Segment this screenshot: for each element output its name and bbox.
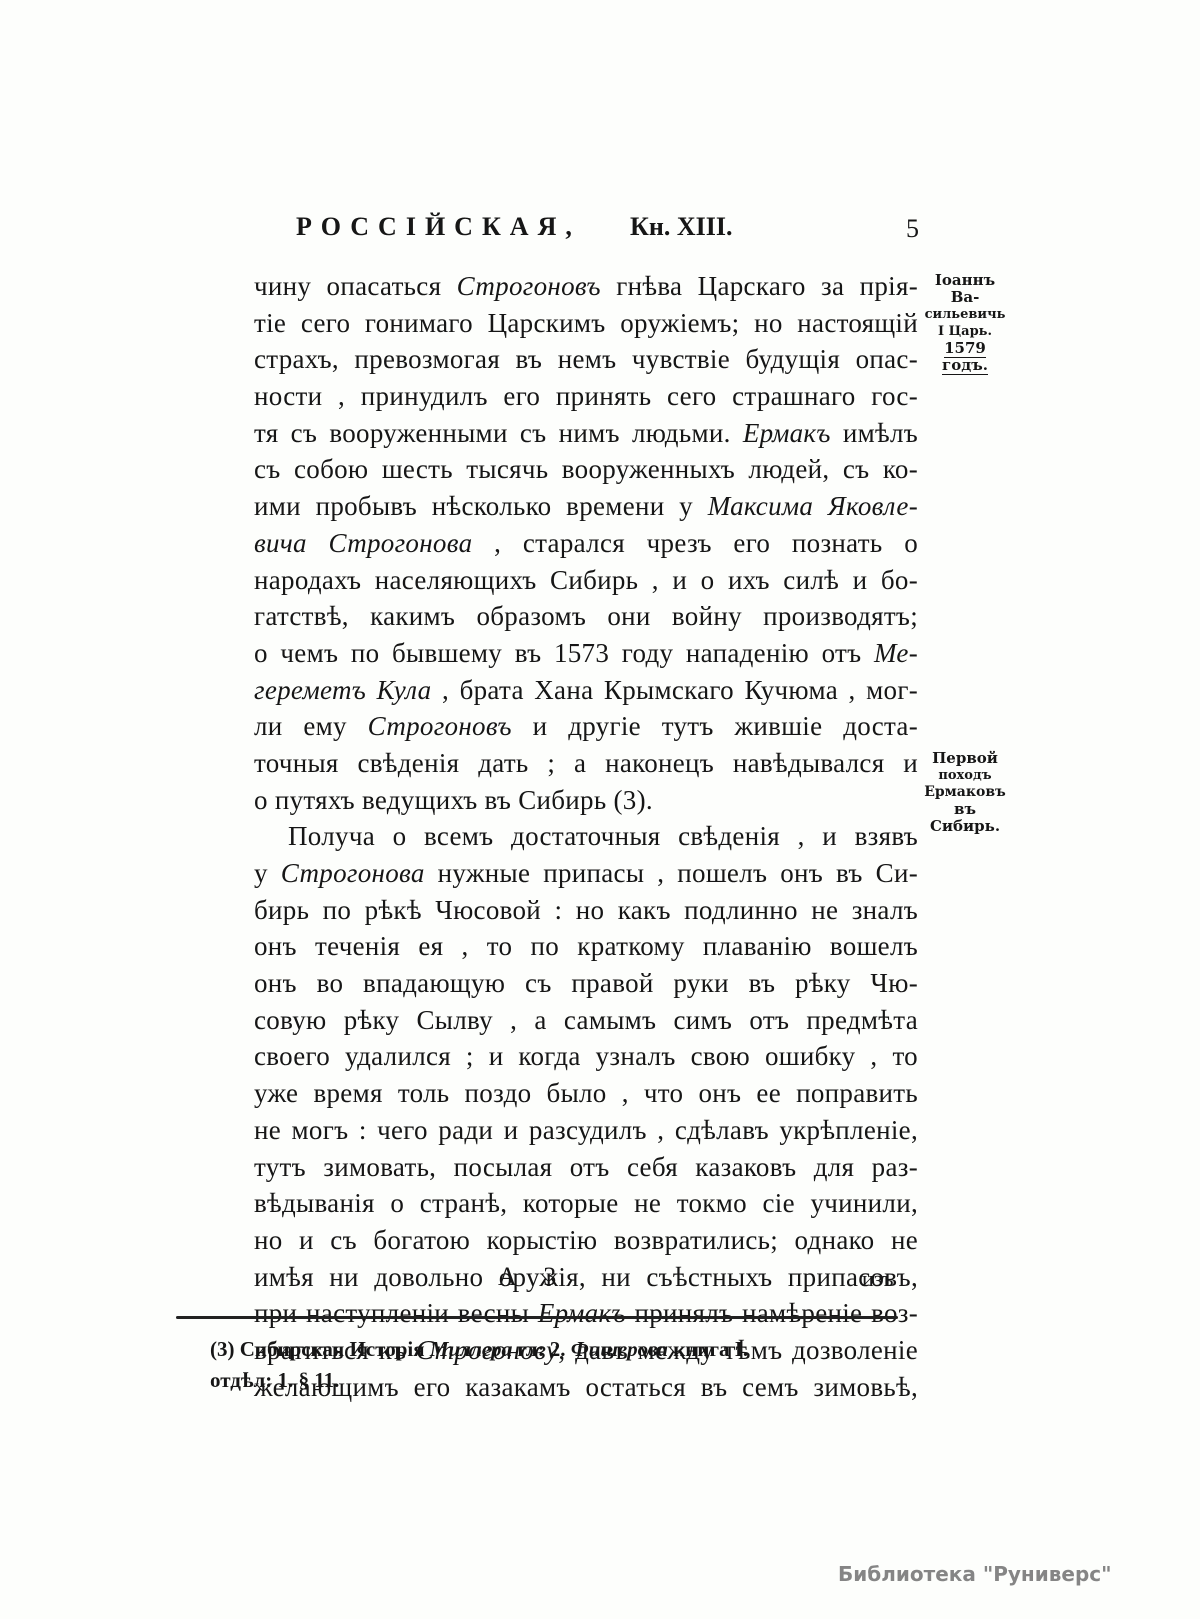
- text-line: не могъ : чего ради и разсудилъ , сдѣлав…: [254, 1112, 918, 1149]
- italic-name: Ермакъ: [743, 418, 831, 448]
- text-line: вѣдыванія о странѣ, которые не токмо сіе…: [254, 1185, 918, 1222]
- text-line: тя съ вооруженными съ нимъ людьми. Ермак…: [254, 415, 918, 452]
- text-run: страхъ, превозмогая въ немъ чувствіе буд…: [254, 344, 918, 374]
- text-run: тя съ вооруженными съ нимъ людьми.: [254, 418, 743, 448]
- margin-note-ioann: Іоаннъ Ва- сильевичь I Царь. 1579 годъ.: [920, 272, 1010, 374]
- text-run: ности , принудилъ его принять сего страш…: [254, 381, 918, 411]
- text-run: чину опасаться: [254, 271, 457, 301]
- page-number: 5: [906, 214, 919, 244]
- running-head: РОССІЙСКАЯ, Кн. XIII. 5: [0, 212, 1200, 252]
- text-run: вѣдыванія о странѣ, которые не токмо сіе…: [254, 1188, 918, 1218]
- running-title: РОССІЙСКАЯ,: [296, 212, 581, 242]
- text-line: Получа о всемъ достаточныя свѣденія , и …: [254, 818, 918, 855]
- footnote-author: Миллера: [430, 1337, 512, 1361]
- text-run: имѣя ни довольно оружія, ни съѣстныхъ пр…: [254, 1262, 918, 1292]
- margin-note-line: Первой: [922, 750, 1008, 767]
- text-line: у Строгонова нужные припасы , пошелъ онъ…: [254, 855, 918, 892]
- text-line: чину опасаться Строгоновъ гнѣва Царскаго…: [254, 268, 918, 305]
- text-run: народахъ населяющихъ Сибирь , и о ихъ си…: [254, 565, 918, 595]
- text-line: совую рѣку Сылву , а самымъ симъ отъ пре…: [254, 1002, 918, 1039]
- footnote-author: Фишерова: [571, 1337, 668, 1361]
- text-run: о путяхъ ведущихъ въ Сибирь (3).: [254, 785, 653, 815]
- footnote-text: гл: 2.: [512, 1337, 571, 1361]
- text-line: ими пробывъ нѣсколько времени у Максима …: [254, 488, 918, 525]
- footnote-text: книга I.: [668, 1337, 748, 1361]
- text-run: ими пробывъ нѣсколько времени у: [254, 491, 708, 521]
- text-run: Получа о всемъ достаточныя свѣденія , и …: [288, 821, 918, 851]
- text-line: страхъ, превозмогая въ немъ чувствіе буд…: [254, 341, 918, 378]
- text-line: тіе сего гонимаго Царскимъ оружіемъ; но …: [254, 305, 918, 342]
- text-run: и другіе тутъ жившіе доста-: [512, 711, 918, 741]
- text-line: съ собою шесть тысячь вооруженныхъ людей…: [254, 451, 918, 488]
- signature-mark: А 3: [498, 1262, 566, 1292]
- text-line: точныя свѣденія дать ; а наконецъ навѣды…: [254, 745, 918, 782]
- text-line: своего удалился ; и когда узналъ свою ош…: [254, 1038, 918, 1075]
- text-run: , старался чрезъ его познать о: [472, 528, 918, 558]
- italic-name: Ермакъ: [538, 1298, 626, 1328]
- footnote-marker: (3): [210, 1337, 235, 1361]
- margin-note-line: Ермаковъ: [922, 784, 1008, 801]
- text-line: о чемъ по бывшему въ 1573 году нападенію…: [254, 635, 918, 672]
- text-run: о чемъ по бывшему въ 1573 году нападенію…: [254, 638, 874, 668]
- text-run: совую рѣку Сылву , а самымъ симъ отъ пре…: [254, 1005, 918, 1035]
- text-line: но и съ богатою корыстію возвратились; о…: [254, 1222, 918, 1259]
- text-run: своего удалился ; и когда узналъ свою ош…: [254, 1041, 918, 1071]
- margin-note-line: I Царь.: [920, 323, 1010, 340]
- text-run: уже время толь поздо было , что онъ ее п…: [254, 1078, 918, 1108]
- text-line: онъ теченія ея , то по краткому плаванію…: [254, 928, 918, 965]
- text-run: гнѣва Царскаго за прія-: [601, 271, 918, 301]
- footnote: (3) Сибирская Исторія Миллера гл: 2. Фиш…: [210, 1334, 900, 1396]
- text-run: онъ во впадающую съ правой руки въ рѣку …: [254, 968, 918, 998]
- margin-note-line: походъ: [922, 767, 1008, 784]
- text-run: принялъ намѣреніе воз-: [626, 1298, 918, 1328]
- footnote-line-2: отдѣл: 1. § 11.: [210, 1365, 900, 1396]
- text-line: о путяхъ ведущихъ въ Сибирь (3).: [254, 782, 918, 819]
- text-run: точныя свѣденія дать ; а наконецъ навѣды…: [254, 748, 918, 778]
- text-run: онъ теченія ея , то по краткому плаванію…: [254, 931, 918, 961]
- catchword: изъ: [862, 1266, 893, 1292]
- footnote-line-1: (3) Сибирская Исторія Миллера гл: 2. Фиш…: [210, 1334, 900, 1365]
- text-line: при наступленіи весны Ермакъ принялъ нам…: [254, 1295, 918, 1332]
- italic-name: Максима Яковле-: [708, 491, 918, 521]
- text-line: бирь по рѣкѣ Чюсовой : но какъ подлинно …: [254, 892, 918, 929]
- text-run: гатствѣ, какимъ образомъ они войну произ…: [254, 601, 918, 631]
- margin-note-ermak-campaign: Первой походъ Ермаковъ въ Сибирь.: [922, 750, 1008, 835]
- text-line: гатствѣ, какимъ образомъ они войну произ…: [254, 598, 918, 635]
- book-number: Кн. XIII.: [630, 212, 732, 242]
- text-line: народахъ населяющихъ Сибирь , и о ихъ си…: [254, 562, 918, 599]
- text-line: гереметъ Кула , брата Хана Крымскаго Куч…: [254, 672, 918, 709]
- text-run: у: [254, 858, 281, 888]
- text-line: вича Строгонова , старался чрезъ его поз…: [254, 525, 918, 562]
- text-run: ли ему: [254, 711, 368, 741]
- italic-name: Строгоновъ: [368, 711, 512, 741]
- text-line: ности , принудилъ его принять сего страш…: [254, 378, 918, 415]
- text-run: съ собою шесть тысячь вооруженныхъ людей…: [254, 454, 918, 484]
- italic-name: Строгоновъ: [457, 271, 601, 301]
- footnote-rule: [176, 1316, 898, 1319]
- text-line: тутъ зимовать, посылая отъ себя казаковъ…: [254, 1149, 918, 1186]
- italic-name: гереметъ Кула: [254, 675, 431, 705]
- text-line: уже время толь поздо было , что онъ ее п…: [254, 1075, 918, 1112]
- text-run: имѣлъ: [831, 418, 918, 448]
- margin-note-line: сильевичь: [920, 306, 1010, 323]
- text-run: не могъ : чего ради и разсудилъ , сдѣлав…: [254, 1115, 918, 1145]
- text-run: нужные припасы , пошелъ онъ въ Си-: [425, 858, 918, 888]
- margin-note-line: въ Сибирь.: [922, 801, 1008, 835]
- margin-note-line: Іоаннъ Ва-: [920, 272, 1010, 306]
- text-run: тутъ зимовать, посылая отъ себя казаковъ…: [254, 1152, 918, 1182]
- italic-name: вича Строгонова: [254, 528, 472, 558]
- italic-name: Ме-: [874, 638, 918, 668]
- text-run: при наступленіи весны: [254, 1298, 538, 1328]
- italic-name: Строгонова: [281, 858, 425, 888]
- text-run: , брата Хана Крымскаго Кучюма , мог-: [431, 675, 918, 705]
- main-text: чину опасаться Строгоновъ гнѣва Царскаго…: [254, 268, 918, 1405]
- text-line: ли ему Строгоновъ и другіе тутъ жившіе д…: [254, 708, 918, 745]
- text-run: тіе сего гонимаго Царскимъ оружіемъ; но …: [254, 308, 918, 338]
- text-line: имѣя ни довольно оружія, ни съѣстныхъ пр…: [254, 1259, 918, 1296]
- footnote-text: Сибирская Исторія: [235, 1337, 430, 1361]
- text-line: онъ во впадающую съ правой руки въ рѣку …: [254, 965, 918, 1002]
- margin-note-line: 1579 годъ.: [920, 340, 1010, 374]
- text-run: бирь по рѣкѣ Чюсовой : но какъ подлинно …: [254, 895, 918, 925]
- text-run: но и съ богатою корыстію возвратились; о…: [254, 1225, 918, 1255]
- library-watermark: Библиотека "Руниверс": [838, 1562, 1112, 1586]
